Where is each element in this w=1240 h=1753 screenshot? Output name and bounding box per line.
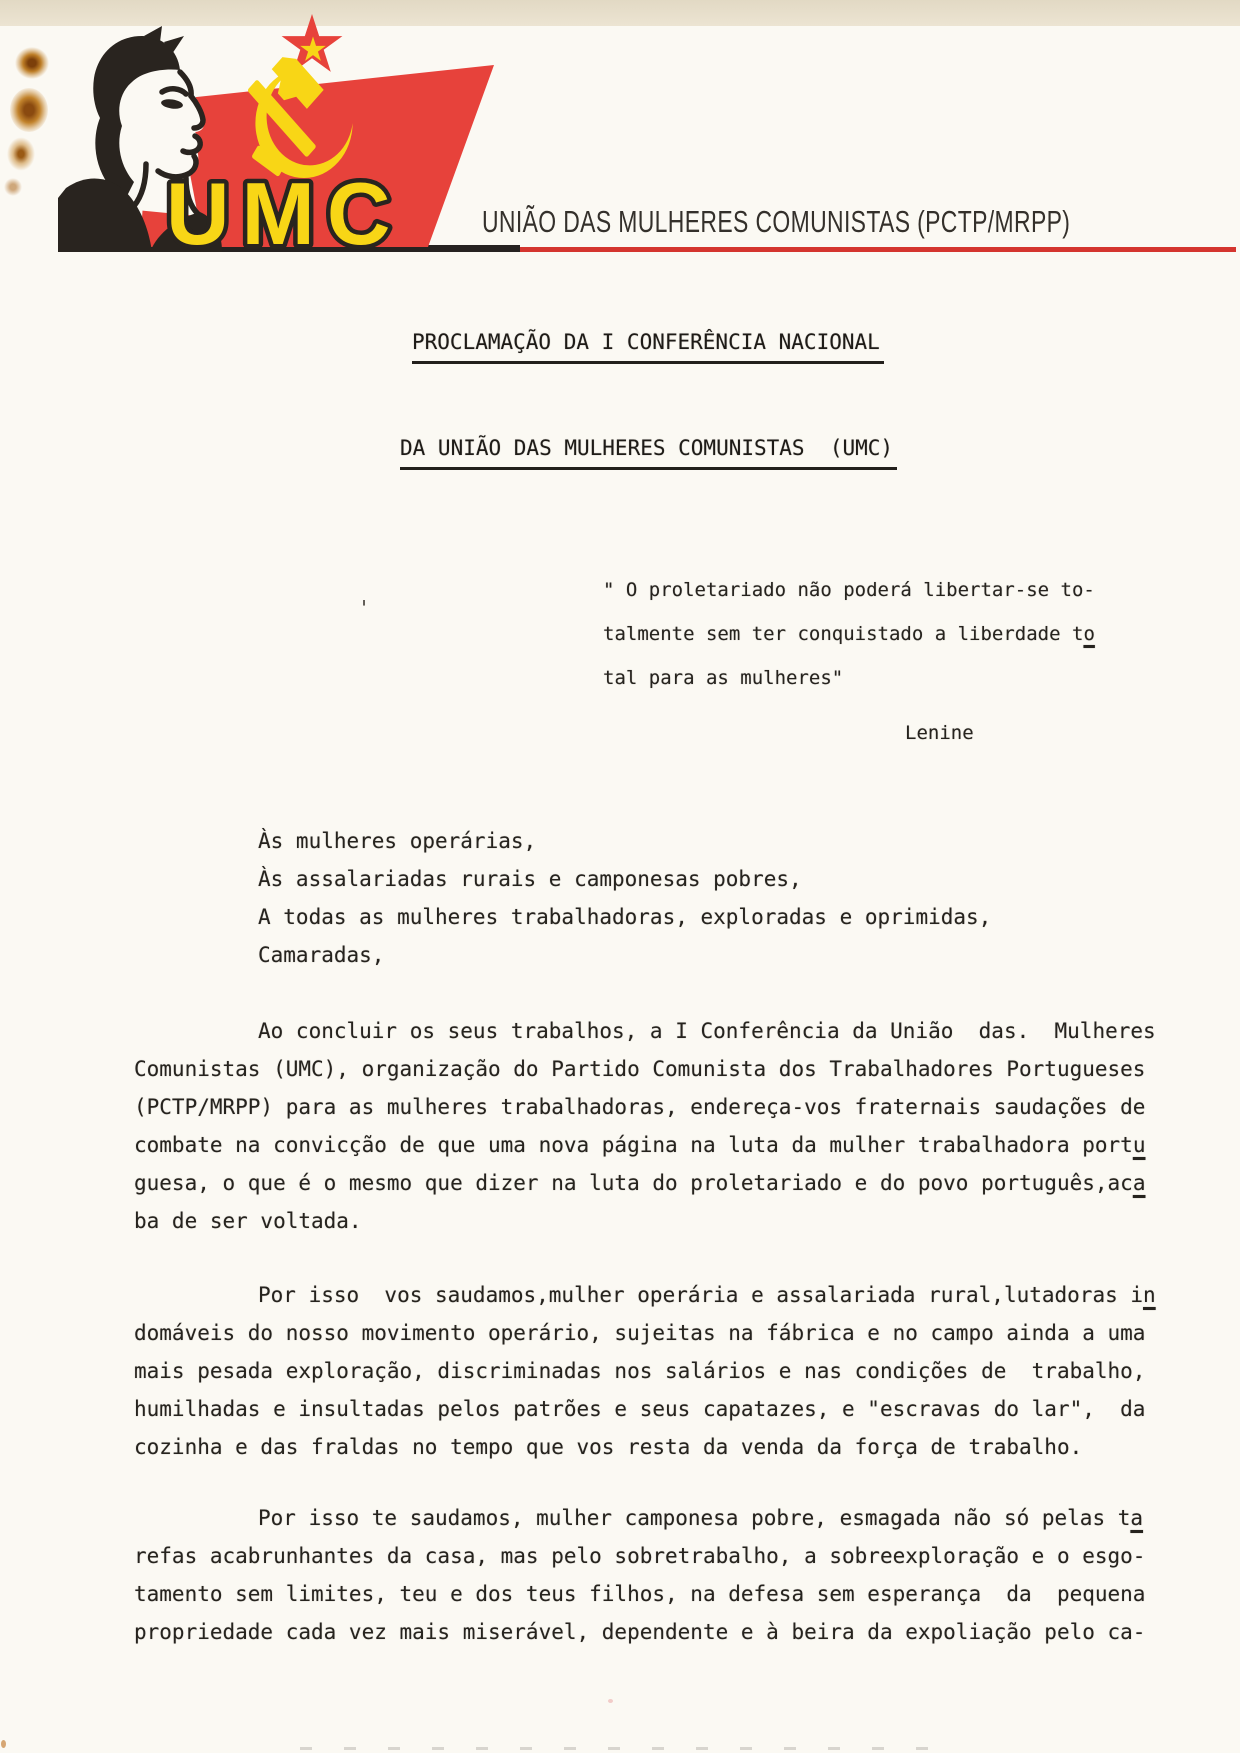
text-line: cozinha e das fraldas no tempo que vos r… (134, 1428, 1156, 1466)
body-paragraph-1: Ao concluir os seus trabalhos, a I Confe… (134, 1012, 1156, 1240)
body-paragraph-3: Por isso te saudamos, mulher camponesa p… (134, 1499, 1145, 1651)
text-line: guesa, o que é o mesmo que dizer na luta… (134, 1164, 1156, 1202)
text-line: mais pesada exploração, discriminadas no… (134, 1352, 1156, 1390)
text-line: combate na convicção de que uma nova pág… (134, 1126, 1156, 1164)
text-line: humilhadas e insultadas pelos patrões e … (134, 1390, 1156, 1428)
text-line: domáveis do nosso movimento operário, su… (134, 1314, 1156, 1352)
text-line: Por isso te saudamos, mulher camponesa p… (134, 1499, 1145, 1537)
text-line: Camaradas, (258, 936, 991, 974)
text-line: (PCTP/MRPP) para as mulheres trabalhador… (134, 1088, 1156, 1126)
document-title-line2: DA UNIÃO DAS MULHERES COMUNISTAS (UMC) (400, 436, 897, 470)
lenin-quote: " O proletariado não poderá libertar-se … (603, 568, 1095, 700)
text-line: tamento sem limites, teu e dos teus filh… (134, 1575, 1145, 1613)
text-line: " O proletariado não poderá libertar-se … (603, 568, 1095, 612)
text-line: A todas as mulheres trabalhadoras, explo… (258, 898, 991, 936)
text-line: ba de ser voltada. (134, 1202, 1156, 1240)
document-title-line1: PROCLAMAÇÃO DA I CONFERÊNCIA NACIONAL (412, 330, 884, 364)
text-line: tal para as mulheres" (603, 656, 1095, 700)
quote-attribution: Lenine (905, 722, 974, 744)
scan-speck (608, 1699, 613, 1703)
text-line: Comunistas (UMC), organização do Partido… (134, 1050, 1156, 1088)
scanned-document-page: UMC UNIÃO DAS MULHERES COMUNISTAS (PCTP/… (0, 0, 1240, 1753)
salutation-block: Às mulheres operárias,Às assalariadas ru… (258, 822, 991, 974)
scan-speck (1, 1740, 6, 1748)
body-paragraph-2: Por isso vos saudamos,mulher operária e … (134, 1276, 1156, 1466)
text-line: Ao concluir os seus trabalhos, a I Confe… (134, 1012, 1156, 1050)
stray-apostrophe: ' (358, 596, 370, 620)
umc-acronym: UMC (166, 164, 402, 262)
red-rule (428, 247, 1236, 252)
text-line: Às assalariadas rurais e camponesas pobr… (258, 860, 991, 898)
text-line: refas acabrunhantes da casa, mas pelo so… (134, 1537, 1145, 1575)
scan-noise (300, 1747, 960, 1750)
text-line: Por isso vos saudamos,mulher operária e … (134, 1276, 1156, 1314)
org-name: UNIÃO DAS MULHERES COMUNISTAS (PCTP/MRPP… (482, 204, 1070, 240)
text-line: talmente sem ter conquistado a liberdade… (603, 612, 1095, 656)
text-line: propriedade cada vez mais miserável, dep… (134, 1613, 1145, 1651)
text-line: Às mulheres operárias, (258, 822, 991, 860)
